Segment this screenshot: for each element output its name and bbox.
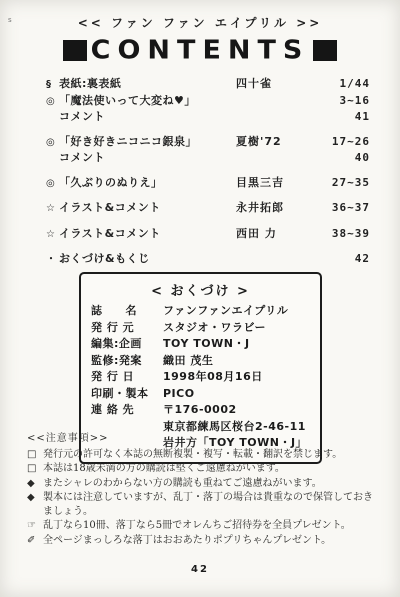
notice-text: またシャレのわからない方の購読も重ねてご遠慮ねがいます。 [43, 477, 377, 491]
toc-author: 夏樹'72 [236, 134, 318, 150]
colophon-label: 印刷・製本 [91, 386, 163, 403]
notice-item: ☞ 乱丁なら10冊、落丁なら5冊でオレんちご招待券を全員プレゼント。 [27, 519, 377, 533]
notice-heading: <<注意事項>> [27, 432, 377, 446]
colophon-label: 誌 名 [91, 303, 163, 320]
colophon-row: 印刷・製本 PICO [91, 386, 310, 403]
toc-row: コメント 40 [46, 150, 370, 166]
colophon-row: 誌 名 ファンファンエイプリル [91, 303, 310, 320]
black-square-icon [63, 40, 87, 61]
toc-author: 永井拓郎 [236, 200, 318, 216]
toc-row: ☆ イラスト&コメント 西田 力 38~39 [46, 226, 370, 243]
toc-pages: 27~35 [318, 175, 370, 191]
toc-marker: ☆ [46, 201, 59, 217]
toc-pages: 38~39 [318, 226, 370, 242]
notice-text: 製本には注意していますが、乱丁・落丁の場合は貴重なので保管しておきましょう。 [43, 491, 377, 518]
toc-title: イラスト&コメント [59, 226, 236, 242]
toc-author: 目黒三吉 [236, 175, 318, 191]
contents-label: CONTENTS [91, 38, 310, 64]
notice-text: 乱丁なら10冊、落丁なら5冊でオレんちご招待券を全員プレゼント。 [43, 519, 377, 533]
toc-pages: 1/44 [318, 76, 370, 92]
notice-text: 全ページまっしろな落丁はおおあたりポプリちゃんプレゼント。 [43, 534, 377, 548]
toc-author: 四十雀 [236, 76, 318, 92]
toc-title: おくづけ&もくじ [59, 251, 236, 267]
diamond-bullet-icon: ◆ [27, 491, 43, 505]
toc-row: ◎ 「魔法使いって大変ね♥」 3~16 [46, 93, 370, 110]
toc-row: § 表紙:裏表紙 四十雀 1/44 [46, 76, 370, 93]
scan-artifact: s [8, 16, 12, 24]
notice-item: □ 発行元の許可なく本誌の無断複製・複写・転載・翻訳を禁じます。 [27, 448, 377, 462]
toc-marker: ◎ [46, 135, 59, 151]
toc-row: コメント 41 [46, 109, 370, 125]
colophon-value: PICO [163, 386, 310, 403]
colophon-label: 発 行 元 [91, 320, 163, 337]
colophon-label: 編集:企画 [91, 336, 163, 353]
square-bullet-icon: □ [27, 448, 43, 462]
toc-marker: ・ [46, 252, 59, 268]
toc-pages: 36~37 [318, 200, 370, 216]
notice-section: <<注意事項>> □ 発行元の許可なく本誌の無断複製・複写・転載・翻訳を禁じます… [27, 432, 377, 548]
toc-row: ◎ 「久ぶりのぬりえ」 目黒三吉 27~35 [46, 175, 370, 192]
colophon-row: 連 絡 先 〒176-0002 [91, 402, 310, 419]
colophon-value: スタジオ・ワラビー [163, 320, 310, 337]
toc-pages: 40 [318, 150, 370, 166]
toc-title: 「久ぶりのぬりえ」 [59, 175, 236, 191]
colophon-value: TOY TOWN・J [163, 336, 310, 353]
colophon-value: 1998年08月16日 [163, 369, 310, 386]
colophon-row: 発 行 日 1998年08月16日 [91, 369, 310, 386]
series-title: << ファン ファン エイプリル >> [0, 14, 400, 31]
colophon-label: 監修:発案 [91, 353, 163, 370]
pointing-hand-icon: ☞ [27, 519, 43, 533]
toc-title: コメント [59, 150, 236, 166]
colophon-label: 発 行 日 [91, 369, 163, 386]
notice-item: ✐ 全ページまっしろな落丁はおおあたりポプリちゃんプレゼント。 [27, 534, 377, 548]
scanned-page: s << ファン ファン エイプリル >> CONTENTS § 表紙:裏表紙 … [0, 0, 400, 597]
notice-text: 本誌は18歳未満の方の購読は堅くご遠慮ねがいます。 [43, 462, 377, 476]
colophon-label: 連 絡 先 [91, 402, 163, 419]
toc-marker: ☆ [46, 227, 59, 243]
toc-row: ・ おくづけ&もくじ 42 [46, 251, 370, 268]
toc-title: 「好き好きニコニコ銀泉」 [59, 134, 236, 150]
toc-pages: 41 [318, 109, 370, 125]
notice-item: □ 本誌は18歳未満の方の購読は堅くご遠慮ねがいます。 [27, 462, 377, 476]
pencil-icon: ✐ [27, 534, 43, 548]
toc-marker: § [46, 77, 59, 93]
colophon-row: 発 行 元 スタジオ・ワラビー [91, 320, 310, 337]
toc-title: 表紙:裏表紙 [59, 76, 236, 92]
diamond-bullet-icon: ◆ [27, 477, 43, 491]
toc-pages: 17~26 [318, 134, 370, 150]
black-square-icon [313, 40, 337, 61]
toc-title: コメント [59, 109, 236, 125]
table-of-contents: § 表紙:裏表紙 四十雀 1/44 ◎ 「魔法使いって大変ね♥」 3~16 コメ… [46, 76, 370, 268]
toc-marker: ◎ [46, 176, 59, 192]
toc-title: 「魔法使いって大変ね♥」 [59, 93, 236, 109]
contents-heading: CONTENTS [0, 37, 400, 64]
toc-row: ◎ 「好き好きニコニコ銀泉」 夏樹'72 17~26 [46, 134, 370, 151]
colophon-value: 〒176-0002 [163, 402, 310, 419]
toc-title: イラスト&コメント [59, 200, 236, 216]
toc-pages: 42 [318, 251, 370, 267]
colophon-row: 監修:発案 織田 茂生 [91, 353, 310, 370]
colophon-value: ファンファンエイプリル [163, 303, 310, 320]
toc-marker: ◎ [46, 94, 59, 110]
square-bullet-icon: □ [27, 462, 43, 476]
toc-row: ☆ イラスト&コメント 永井拓郎 36~37 [46, 200, 370, 217]
colophon-row: 編集:企画 TOY TOWN・J [91, 336, 310, 353]
toc-author: 西田 力 [236, 226, 318, 242]
page-number: 42 [0, 564, 400, 575]
toc-pages: 3~16 [318, 93, 370, 109]
colophon-heading: < おくづけ > [91, 280, 310, 299]
notice-item: ◆ 製本には注意していますが、乱丁・落丁の場合は貴重なので保管しておきましょう。 [27, 491, 377, 518]
colophon-value: 織田 茂生 [163, 353, 310, 370]
notice-text: 発行元の許可なく本誌の無断複製・複写・転載・翻訳を禁じます。 [43, 448, 377, 462]
notice-item: ◆ またシャレのわからない方の購読も重ねてご遠慮ねがいます。 [27, 477, 377, 491]
